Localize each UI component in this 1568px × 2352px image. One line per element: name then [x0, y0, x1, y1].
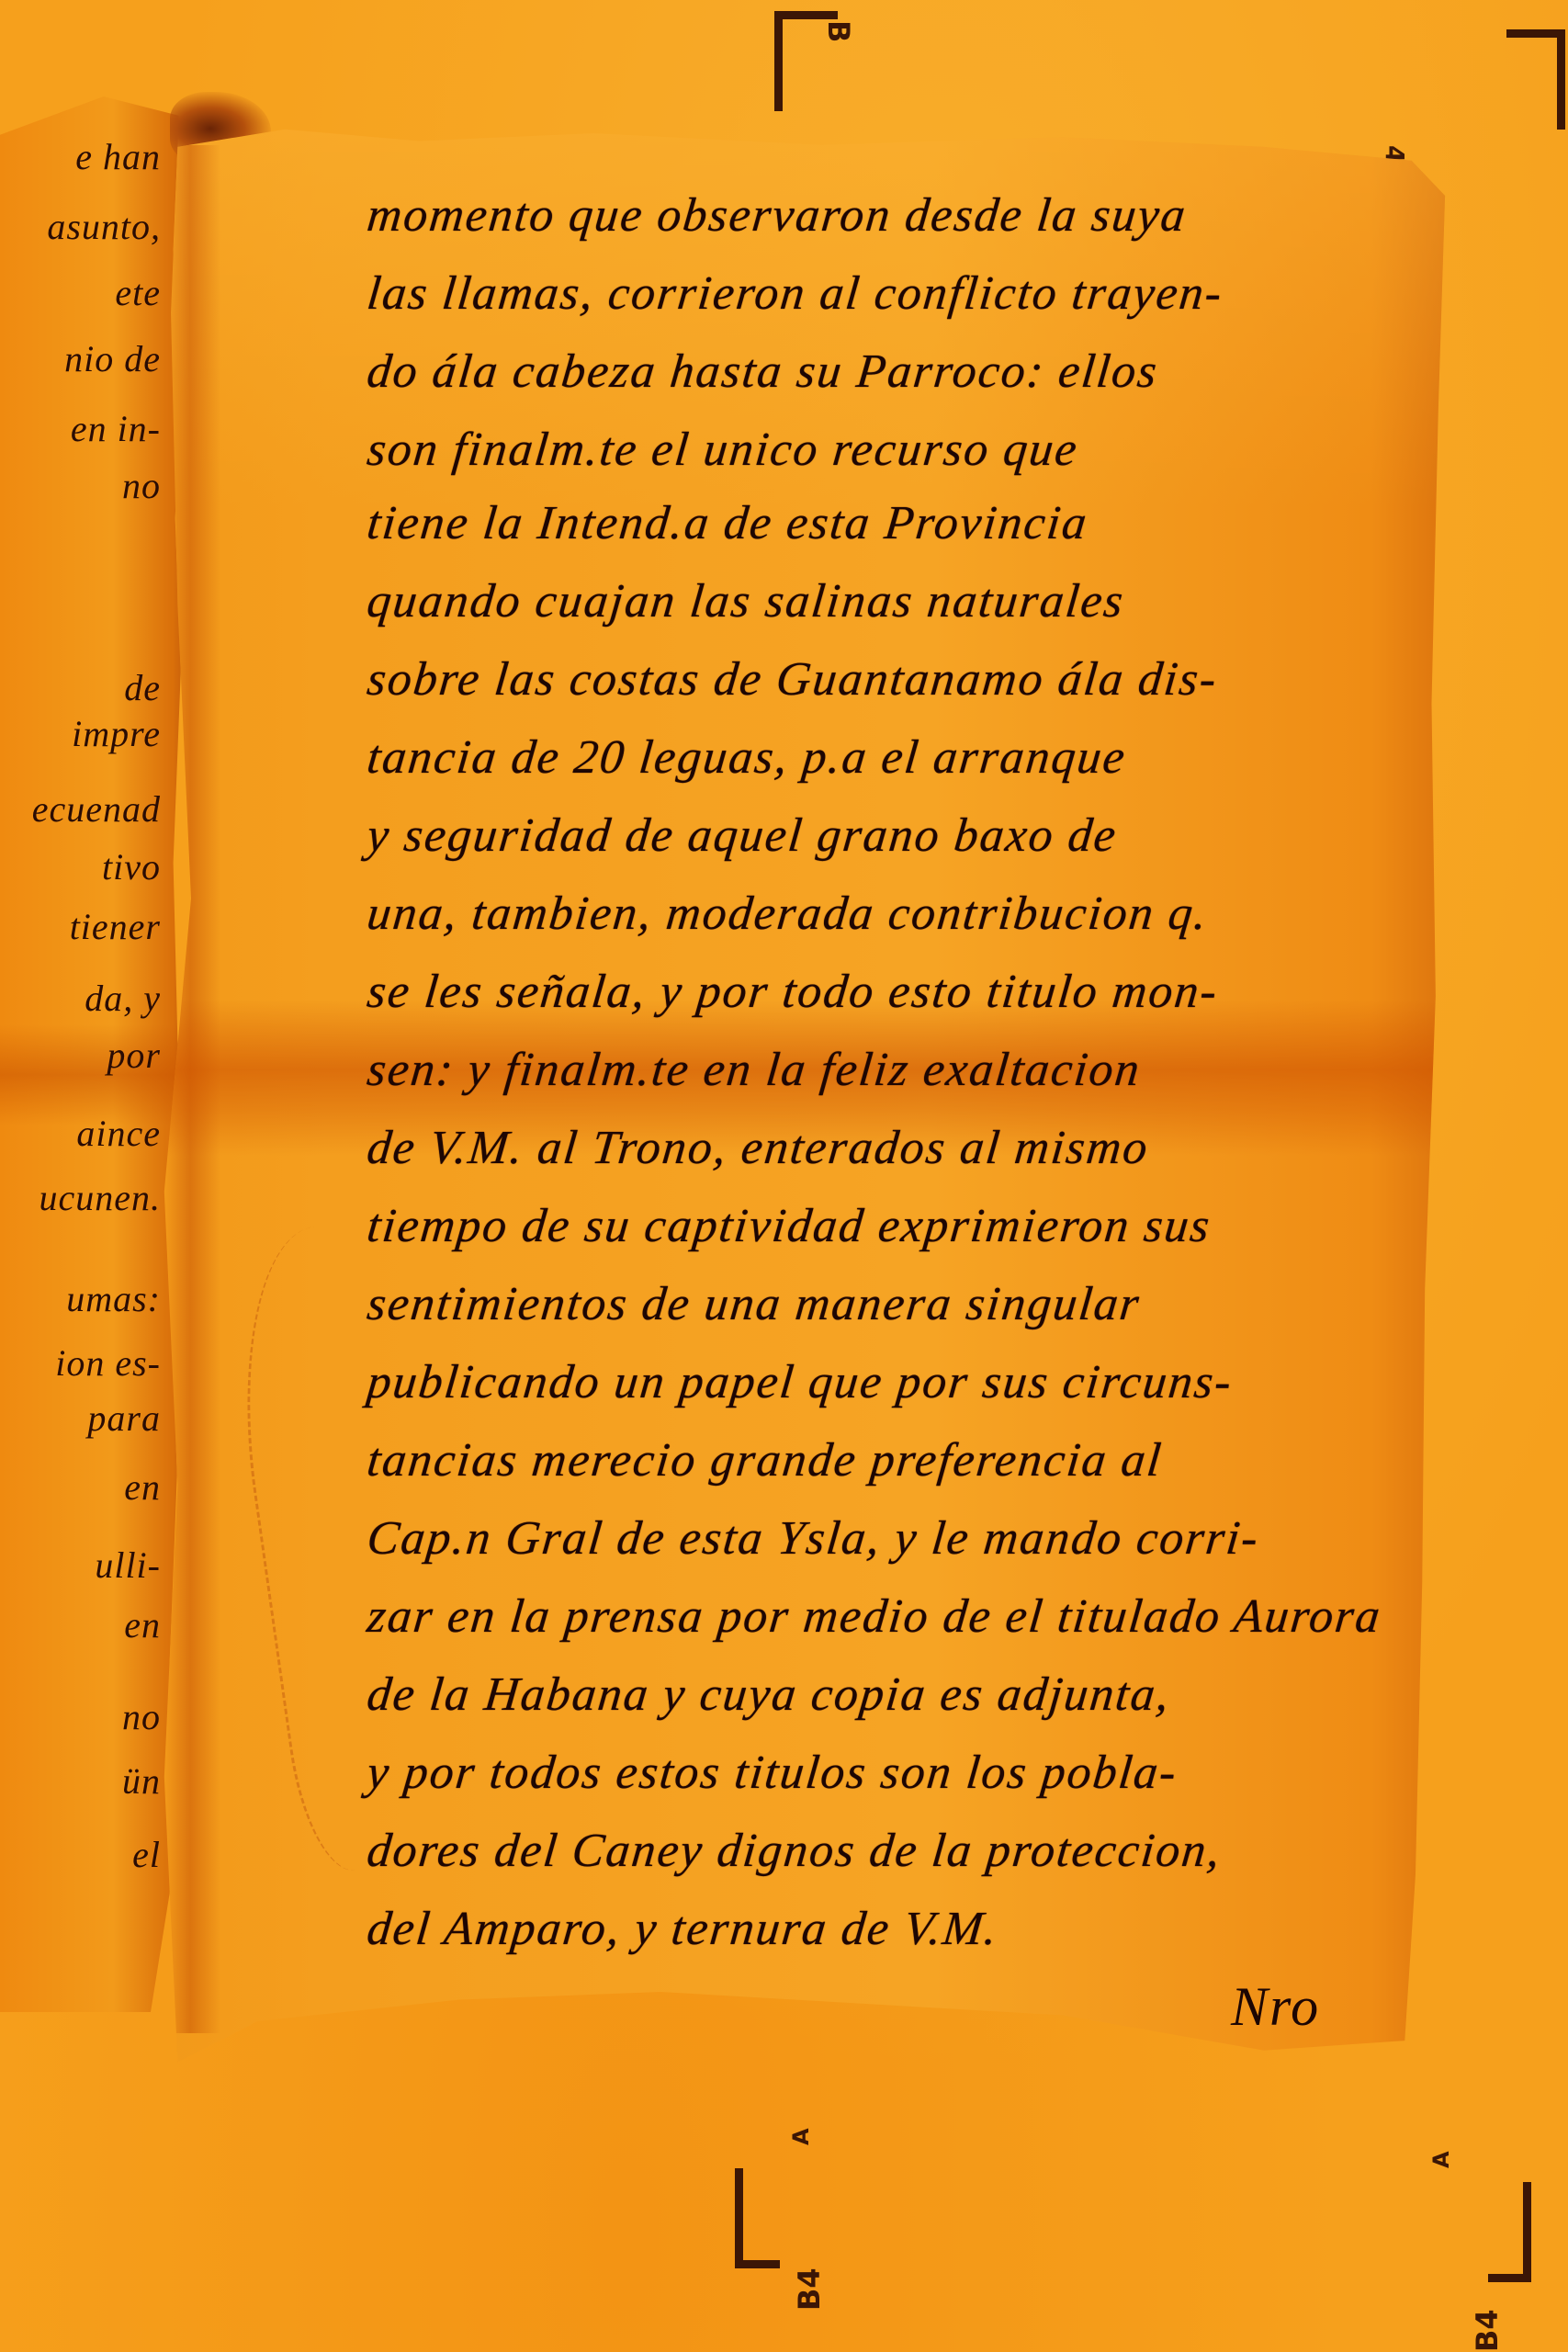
left-line: da, y — [85, 977, 161, 1020]
manuscript-line: una, tambien, moderada contribucion q. — [365, 887, 1211, 941]
manuscript-line: y por todos estos titulos son los pobla- — [365, 1746, 1180, 1800]
crop-label-top-left: B — [821, 20, 856, 42]
manuscript-line: se les señala, y por todo esto titulo mo… — [365, 965, 1221, 1019]
left-line: ulli- — [95, 1543, 161, 1587]
manuscript-line: dores del Caney dignos de la proteccion, — [365, 1824, 1224, 1878]
left-line: de — [124, 666, 161, 709]
manuscript-line: tancias merecio grande preferencia al — [365, 1433, 1166, 1487]
left-line: ecuenad — [32, 787, 161, 831]
left-line: en — [124, 1603, 161, 1646]
manuscript-line: do ála cabeza hasta su Parroco: ellos — [365, 345, 1161, 399]
manuscript-line: del Amparo, y ternura de V.M. — [365, 1902, 1001, 1956]
manuscript-line: quando cuajan las salinas naturales — [365, 574, 1127, 628]
manuscript-line: sen: y finalm.te en la feliz exaltacion — [365, 1043, 1144, 1097]
manuscript-line: momento que observaron desde la suya — [365, 188, 1190, 243]
manuscript-line: sentimientos de una manera singular — [365, 1277, 1143, 1331]
left-line: asunto, — [47, 205, 161, 248]
manuscript-line: sobre las costas de Guantanamo ála dis- — [365, 652, 1221, 707]
crop-mark-bottom-right — [1488, 2182, 1531, 2282]
left-line: ün — [122, 1759, 161, 1803]
manuscript-line: tiene la Intend.a de esta Provincia — [365, 496, 1091, 550]
manuscript-line: tiempo de su captividad exprimieron sus — [365, 1199, 1213, 1253]
left-line: no — [122, 1695, 161, 1738]
manuscript-line: son finalm.te el unico recurso que — [365, 423, 1081, 477]
manuscript-line: Cap.n Gral de esta Ysla, y le mando corr… — [365, 1511, 1262, 1566]
left-page-fragment: e han asunto, ete nio de en in- no de im… — [0, 96, 188, 2012]
left-line: impre — [72, 712, 161, 755]
left-line: por — [107, 1034, 161, 1077]
crop-mark-bottom-left — [735, 2168, 780, 2268]
manuscript-line: las llamas, corrieron al conflicto traye… — [365, 266, 1226, 321]
left-line: ete — [115, 271, 161, 314]
crop-label-bottom-right: B4 — [1470, 2309, 1505, 2352]
left-line: tiener — [70, 905, 161, 948]
manuscript-line: de la Habana y cuya copia es adjunta, — [365, 1668, 1173, 1722]
manuscript-line: zar en la prensa por medio de el titulad… — [365, 1589, 1384, 1644]
edge-label-left: A — [788, 2128, 814, 2145]
crop-label-bottom-left: B4 — [792, 2267, 827, 2311]
manuscript-line: y seguridad de aquel grano baxo de — [365, 808, 1120, 863]
left-line: el — [132, 1833, 161, 1876]
left-line: ion es- — [55, 1341, 161, 1385]
signature-abbreviation: Nro — [1231, 1975, 1320, 2039]
left-line: umas: — [66, 1277, 161, 1320]
edge-label-right: A — [1428, 2151, 1454, 2168]
left-line: para — [87, 1396, 161, 1440]
manuscript-line: de V.M. al Trono, enterados al mismo — [365, 1121, 1152, 1175]
left-line: aince — [76, 1112, 161, 1155]
left-line: en in- — [71, 407, 161, 450]
left-line: en — [124, 1465, 161, 1509]
left-line: ucunen. — [39, 1176, 161, 1219]
manuscript-line: publicando un papel que por sus circuns- — [365, 1355, 1235, 1409]
manuscript-line: tancia de 20 leguas, p.a el arranque — [365, 730, 1129, 785]
left-line: e han — [75, 135, 161, 178]
left-line: nio de — [64, 337, 161, 380]
left-line: tivo — [102, 845, 161, 888]
crop-mark-top-right — [1506, 29, 1565, 130]
left-line: no — [122, 464, 161, 507]
